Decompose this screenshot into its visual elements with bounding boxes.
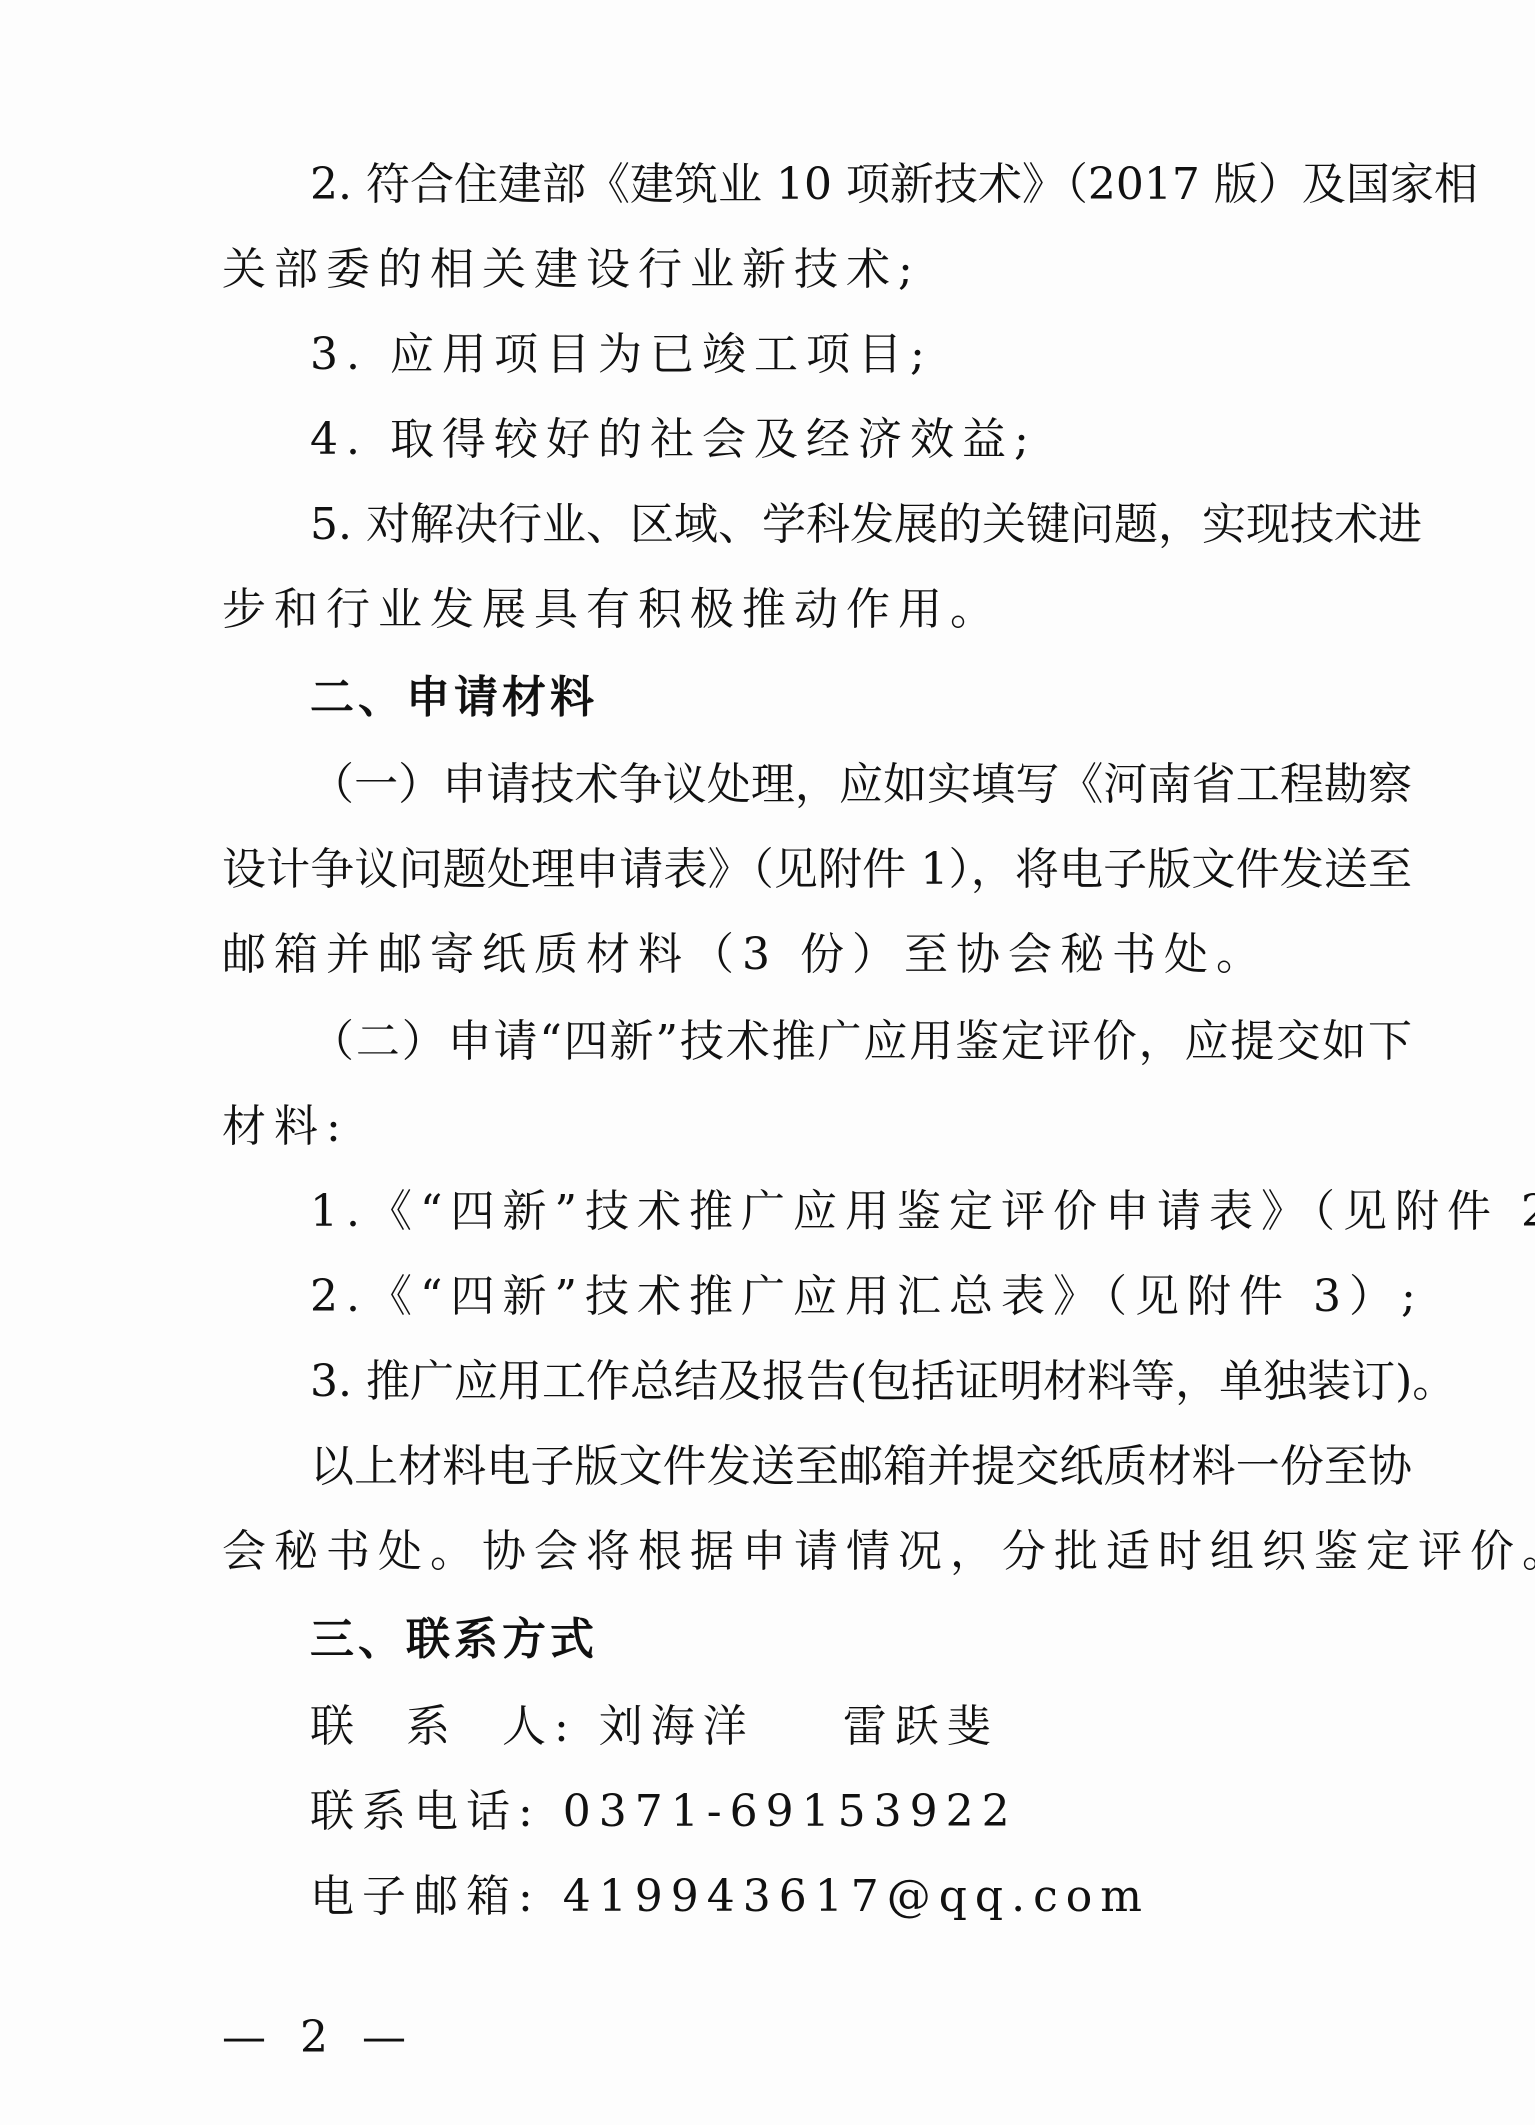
paragraph-line: 会秘书处。协会将根据申请情况，分批适时组织鉴定评价。 xyxy=(222,1522,1412,1582)
contact-email: 电子邮箱: 419943617@qq.com xyxy=(310,1867,1412,1927)
contact-phone: 联系电话: 0371-69153922 xyxy=(310,1782,1412,1842)
list-item: 2.《“四新”技术推广应用汇总表》（见附件 3）; xyxy=(310,1267,1412,1327)
list-item: 1.《“四新”技术推广应用鉴定评价申请表》（见附件 2); xyxy=(310,1182,1412,1242)
paragraph-line: 5. 对解决行业、区域、学科发展的关键问题，实现技术进 xyxy=(310,495,1412,555)
paragraph-line: （一）申请技术争议处理，应如实填写《河南省工程勘察 xyxy=(310,755,1412,815)
paragraph-line: 邮箱并邮寄纸质材料（3 份）至协会秘书处。 xyxy=(222,925,1412,985)
paragraph-line: 设计争议问题处理申请表》（见附件 1），将电子版文件发送至 xyxy=(222,840,1412,900)
paragraph-line: （二）申请“四新”技术推广应用鉴定评价，应提交如下 xyxy=(310,1012,1412,1072)
paragraph-line: 步和行业发展具有积极推动作用。 xyxy=(222,580,1412,640)
contact-person: 联 系 人: 刘海洋 雷跃斐 xyxy=(310,1697,1412,1757)
list-item: 3. 推广应用工作总结及报告(包括证明材料等，单独装订)。 xyxy=(310,1352,1412,1412)
paragraph-line: 2. 符合住建部《建筑业 10 项新技术》（2017 版）及国家相 xyxy=(310,155,1412,215)
paragraph-line: 以上材料电子版文件发送至邮箱并提交纸质材料一份至协 xyxy=(310,1437,1412,1497)
section-heading: 三、联系方式 xyxy=(310,1610,1412,1670)
section-heading: 二、申请材料 xyxy=(310,668,1412,728)
paragraph-line: 关部委的相关建设行业新技术; xyxy=(222,240,1412,300)
paragraph-line: 4. 取得较好的社会及经济效益; xyxy=(310,410,1412,470)
paragraph-line: 3. 应用项目为已竣工项目; xyxy=(310,325,1412,385)
page-number: — 2 — xyxy=(222,2008,416,2068)
paragraph-line: 材料: xyxy=(222,1097,1412,1157)
document-page: 2. 符合住建部《建筑业 10 项新技术》（2017 版）及国家相 关部委的相关… xyxy=(0,0,1535,2125)
